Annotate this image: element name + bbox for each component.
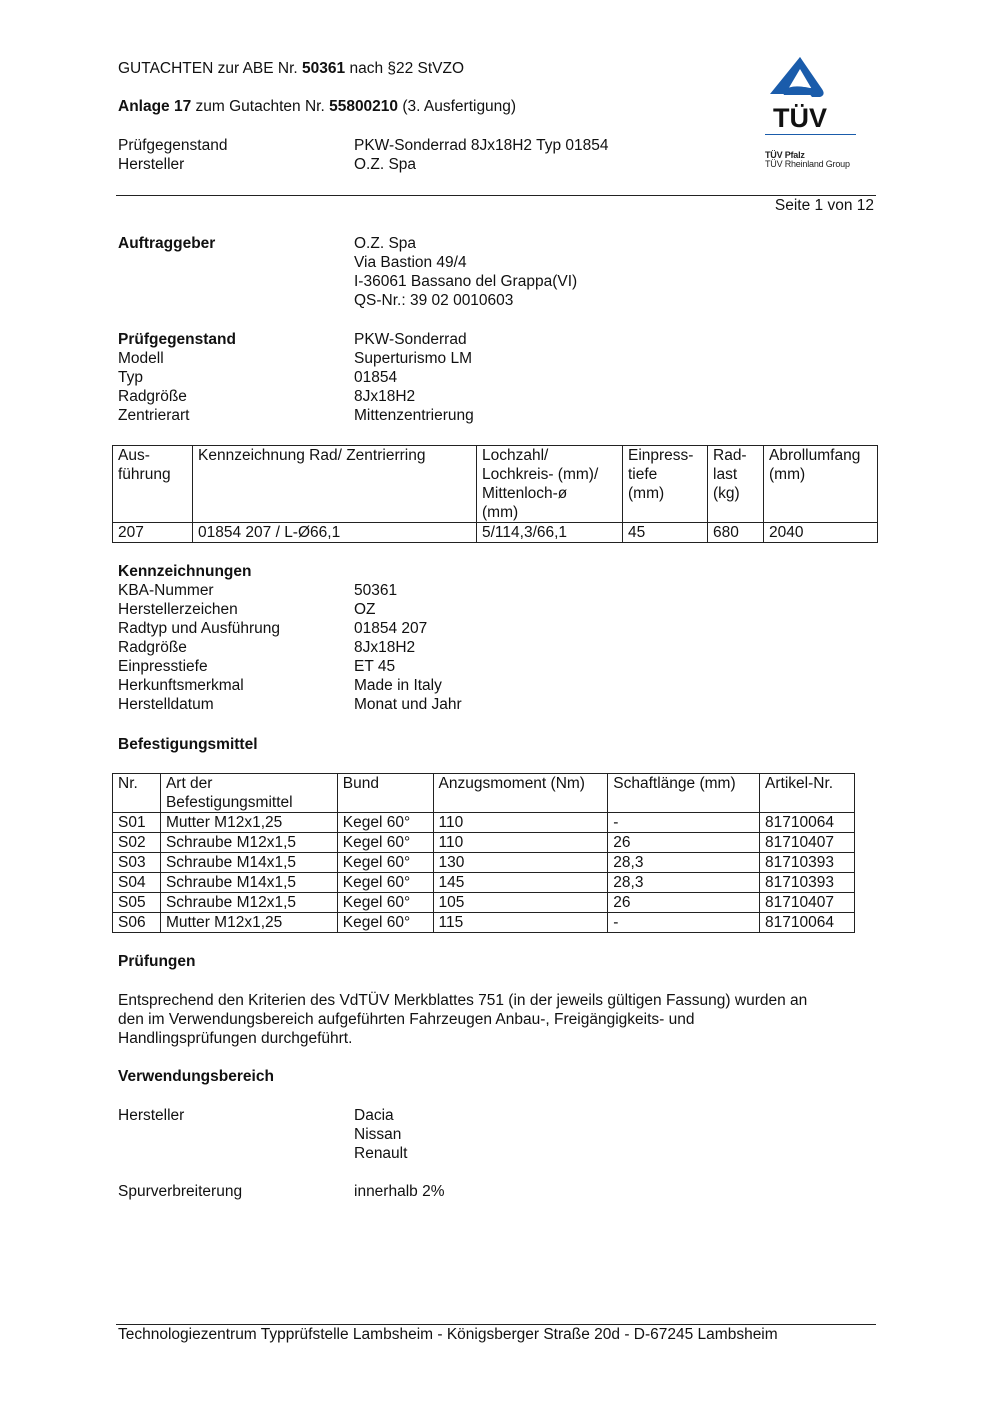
- table-cell: Kegel 60°: [337, 873, 433, 893]
- field-value: innerhalb 2%: [354, 1182, 444, 1201]
- field-label: Radgröße: [118, 387, 187, 406]
- table-cell: S01: [113, 813, 161, 833]
- page-number: Seite 1 von 12: [775, 196, 874, 215]
- section-title: Verwendungsbereich: [118, 1067, 274, 1086]
- table-cell: 28,3: [608, 853, 760, 873]
- paragraph-line: Entsprechend den Kriterien des VdTÜV Mer…: [118, 991, 807, 1010]
- table-cell: -: [608, 913, 760, 933]
- field-value: Mittenzentrierung: [354, 406, 474, 425]
- field-label: Radtyp und Ausführung: [118, 619, 280, 638]
- tuv-triangle-logo-icon: TÜV: [760, 55, 860, 135]
- auftraggeber-label: Auftraggeber: [118, 234, 215, 253]
- table-cell: 130: [433, 853, 608, 873]
- field-label: Spurverbreiterung: [118, 1182, 242, 1201]
- tuv-logo: TÜV TÜV Pfalz TÜV Rheinland Group: [760, 55, 860, 173]
- field-label: Herstelldatum: [118, 695, 214, 714]
- column-header: Artikel-Nr.: [760, 774, 855, 813]
- table-cell: 110: [433, 833, 608, 853]
- table-cell: 680: [708, 523, 764, 543]
- field-value: Made in Italy: [354, 676, 442, 695]
- paragraph-line: Handlingsprüfungen durchgeführt.: [118, 1029, 352, 1048]
- section-title: Befestigungsmittel: [118, 735, 258, 754]
- title-suffix: nach §22 StVZO: [345, 60, 464, 77]
- annex-suffix: (3. Ausfertigung): [398, 98, 516, 115]
- table-cell: 81710393: [760, 873, 855, 893]
- table-cell: 2040: [764, 523, 878, 543]
- field-value: 01854: [354, 368, 397, 387]
- column-header: Rad- last (kg): [708, 446, 764, 523]
- field-value: 8Jx18H2: [354, 638, 415, 657]
- field-label: Hersteller: [118, 1106, 184, 1125]
- column-header: Anzugsmoment (Nm): [433, 774, 608, 813]
- manufacturer: Dacia: [354, 1106, 394, 1125]
- table-cell: S06: [113, 913, 161, 933]
- field-value: Superturismo LM: [354, 349, 472, 368]
- table-cell: 105: [433, 893, 608, 913]
- address-line: Via Bastion 49/4: [354, 253, 467, 272]
- field-label: Zentrierart: [118, 406, 190, 425]
- title-prefix: GUTACHTEN zur ABE Nr.: [118, 60, 302, 77]
- table-row: 20701854 207 / L-Ø66,15/114,3/66,1456802…: [113, 523, 878, 543]
- paragraph-line: den im Verwendungsbereich aufgeführten F…: [118, 1010, 694, 1029]
- field-value: OZ: [354, 600, 376, 619]
- table-row: S03Schraube M14x1,5Kegel 60°13028,381710…: [113, 853, 855, 873]
- table-cell: Kegel 60°: [337, 813, 433, 833]
- table-cell: Schraube M12x1,5: [160, 833, 337, 853]
- pruefgegenstand-label: Prüfgegenstand: [118, 330, 236, 349]
- section-title: Prüfungen: [118, 952, 196, 971]
- column-header: Aus- führung: [113, 446, 193, 523]
- table-header-row: Aus- führungKennzeichnung Rad/ Zentrierr…: [113, 446, 878, 523]
- table-cell: Mutter M12x1,25: [160, 813, 337, 833]
- field-label: Herstellerzeichen: [118, 600, 238, 619]
- table-cell: Kegel 60°: [337, 833, 433, 853]
- table-cell: Kegel 60°: [337, 893, 433, 913]
- field-label: Modell: [118, 349, 164, 368]
- table-cell: Kegel 60°: [337, 853, 433, 873]
- table-row: S04Schraube M14x1,5Kegel 60°14528,381710…: [113, 873, 855, 893]
- meta-value: PKW-Sonderrad 8Jx18H2 Typ 01854: [354, 136, 608, 155]
- annex-number: Anlage 17: [118, 98, 191, 115]
- table-cell: Kegel 60°: [337, 913, 433, 933]
- field-value: Monat und Jahr: [354, 695, 462, 714]
- column-header: Abrollumfang (mm): [764, 446, 878, 523]
- column-header: Schaftlänge (mm): [608, 774, 760, 813]
- table-cell: S03: [113, 853, 161, 873]
- table-header-row: Nr.Art der BefestigungsmittelBundAnzugsm…: [113, 774, 855, 813]
- abe-number: 50361: [302, 60, 345, 77]
- svg-text:TÜV: TÜV: [773, 103, 827, 133]
- table-cell: 5/114,3/66,1: [477, 523, 623, 543]
- table-cell: 81710393: [760, 853, 855, 873]
- report-title: GUTACHTEN zur ABE Nr. 50361 nach §22 StV…: [118, 59, 464, 78]
- table-cell: S05: [113, 893, 161, 913]
- table-cell: S02: [113, 833, 161, 853]
- table-row: S05Schraube M12x1,5Kegel 60°105268171040…: [113, 893, 855, 913]
- meta-label: Prüfgegenstand: [118, 136, 227, 155]
- column-header: Lochzahl/ Lochkreis- (mm)/ Mittenloch-ø …: [477, 446, 623, 523]
- footer-text: Technologiezentrum Typprüfstelle Lambshe…: [118, 1325, 778, 1344]
- field-value: ET 45: [354, 657, 395, 676]
- manufacturer: Nissan: [354, 1125, 401, 1144]
- pruefgegenstand-value: PKW-Sonderrad: [354, 330, 467, 349]
- column-header: Nr.: [113, 774, 161, 813]
- meta-label: Hersteller: [118, 155, 184, 174]
- table-cell: 81710064: [760, 913, 855, 933]
- table-cell: Schraube M14x1,5: [160, 873, 337, 893]
- table-cell: 26: [608, 833, 760, 853]
- table-row: S01Mutter M12x1,25Kegel 60°110-81710064: [113, 813, 855, 833]
- table-row: S02Schraube M12x1,5Kegel 60°110268171040…: [113, 833, 855, 853]
- column-header: Bund: [337, 774, 433, 813]
- table-cell: 26: [608, 893, 760, 913]
- field-label: Herkunftsmerkmal: [118, 676, 244, 695]
- annex-mid: zum Gutachten Nr.: [191, 98, 329, 115]
- table-cell: Schraube M12x1,5: [160, 893, 337, 913]
- address-line: O.Z. Spa: [354, 234, 416, 253]
- meta-value: O.Z. Spa: [354, 155, 416, 174]
- table-cell: 145: [433, 873, 608, 893]
- table-cell: 81710407: [760, 893, 855, 913]
- field-label: KBA-Nummer: [118, 581, 214, 600]
- table-cell: 115: [433, 913, 608, 933]
- section-title: Kennzeichnungen: [118, 562, 251, 581]
- address-line: QS-Nr.: 39 02 0010603: [354, 291, 513, 310]
- table-cell: 81710064: [760, 813, 855, 833]
- field-label: Typ: [118, 368, 143, 387]
- table-cell: 207: [113, 523, 193, 543]
- table-cell: 01854 207 / L-Ø66,1: [193, 523, 477, 543]
- report-number: 55800210: [329, 98, 398, 115]
- field-value: 50361: [354, 581, 397, 600]
- column-header: Art der Befestigungsmittel: [160, 774, 337, 813]
- field-value: 01854 207: [354, 619, 427, 638]
- field-value: 8Jx18H2: [354, 387, 415, 406]
- table-cell: 45: [623, 523, 708, 543]
- table-cell: Mutter M12x1,25: [160, 913, 337, 933]
- column-header: Kennzeichnung Rad/ Zentrierring: [193, 446, 477, 523]
- fastener-table: Nr.Art der BefestigungsmittelBundAnzugsm…: [112, 773, 855, 933]
- manufacturer: Renault: [354, 1144, 407, 1163]
- table-cell: 81710407: [760, 833, 855, 853]
- field-label: Radgröße: [118, 638, 187, 657]
- column-header: Einpress- tiefe (mm): [623, 446, 708, 523]
- table-cell: Schraube M14x1,5: [160, 853, 337, 873]
- table-cell: -: [608, 813, 760, 833]
- logo-sub2: TÜV Rheinland Group: [765, 159, 850, 169]
- wheel-table: Aus- führungKennzeichnung Rad/ Zentrierr…: [112, 445, 878, 543]
- field-label: Einpresstiefe: [118, 657, 208, 676]
- address-line: I-36061 Bassano del Grappa(VI): [354, 272, 577, 291]
- table-cell: 28,3: [608, 873, 760, 893]
- table-row: S06Mutter M12x1,25Kegel 60°115-81710064: [113, 913, 855, 933]
- table-cell: S04: [113, 873, 161, 893]
- table-cell: 110: [433, 813, 608, 833]
- annex-line: Anlage 17 zum Gutachten Nr. 55800210 (3.…: [118, 97, 516, 116]
- header-divider: [116, 195, 876, 196]
